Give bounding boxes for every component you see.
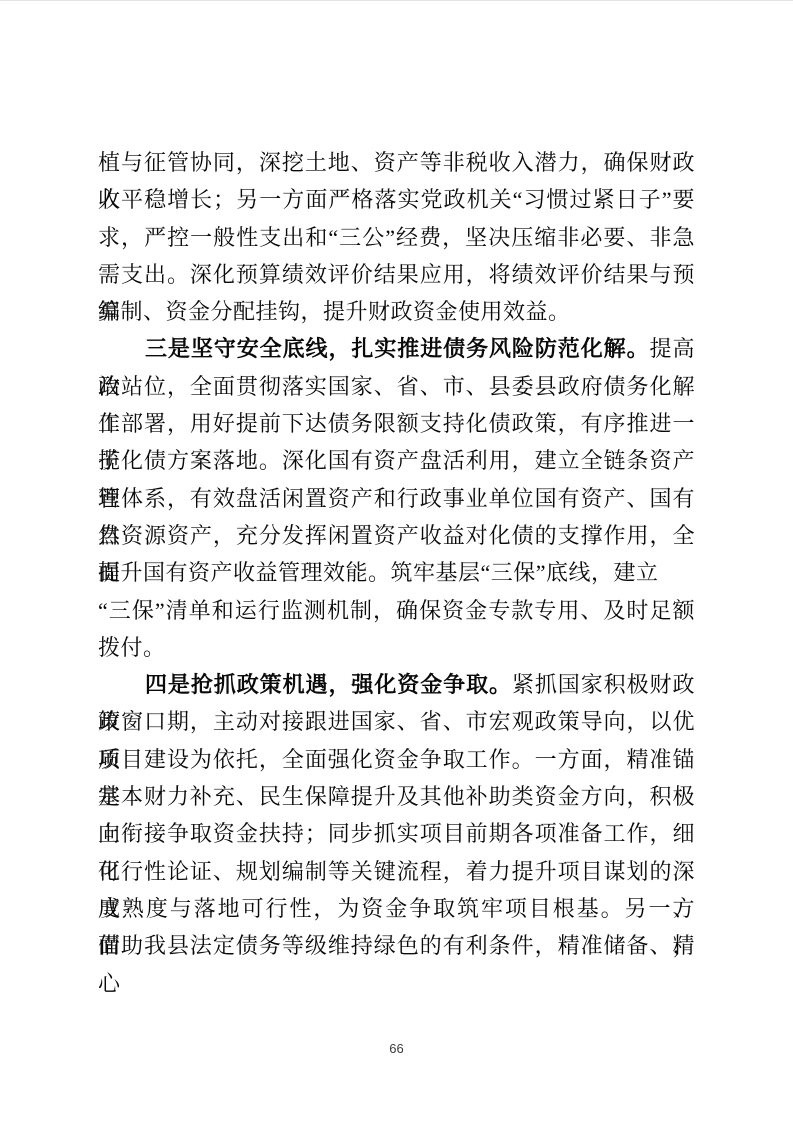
text-line: 上衔接争取资金扶持；同步抓实项目前期各项准备工作，细化: [98, 815, 695, 852]
page-number: 66: [0, 1041, 793, 1056]
text-line: 子化债方案落地。深化国有资产盘活利用，建立全链条资产管: [98, 442, 695, 479]
bold-lead: 四是抢抓政策机遇，强化资金争取。: [145, 672, 512, 697]
text-line: 作部署，用好提前下达债务限额支持化债政策，有序推进一揽: [98, 405, 695, 442]
text-line: 四是抢抓政策机遇，强化资金争取。紧抓国家积极财政政: [98, 666, 695, 703]
text-line: “三保”清单和运行监测机制，确保资金专款专用、及时足额: [98, 592, 695, 629]
text-line: 策窗口期，主动对接跟进国家、省、市宏观政策导向，以优质: [98, 703, 695, 740]
paragraph: 三是坚守安全底线，扎实推进债务风险防范化解。提高政 治站位，全面贯彻落实国家、省…: [98, 330, 695, 666]
text-line: 借助我县法定债务等级维持绿色的有利条件，精准储备、精心: [98, 927, 695, 964]
text-line: 理体系，有效盘活闲置资产和行政事业单位国有资产、国有自: [98, 480, 695, 517]
text-line: 三是坚守安全底线，扎实推进债务风险防范化解。提高政: [98, 330, 695, 367]
text-line: 可行性论证、规划编制等关键流程，着力提升项目谋划的深度、: [98, 853, 695, 890]
text-line: 需支出。深化预算绩效评价结果应用，将绩效评价结果与预算: [98, 256, 695, 293]
text-line: 求，严控一般性支出和“三公”经费，坚决压缩非必要、非急: [98, 219, 695, 256]
text-line: 拨付。: [98, 629, 695, 666]
text-line: 植与征管协同，深挖土地、资产等非税收入潜力，确保财政收: [98, 144, 695, 181]
bold-lead: 三是坚守安全底线，扎实推进债务风险防范化解。: [145, 336, 650, 361]
text-line: 治站位，全面贯彻落实国家、省、市、县委县政府债务化解工: [98, 368, 695, 405]
text-line: 项目建设为依托，全面强化资金争取工作。一方面，精准锚定: [98, 741, 695, 778]
paragraph: 四是抢抓政策机遇，强化资金争取。紧抓国家积极财政政 策窗口期，主动对接跟进国家、…: [98, 666, 695, 964]
text-line: 编制、资金分配挂钩，提升财政资金使用效益。: [98, 293, 695, 330]
text-line: 提升国有资产收益管理效能。筑牢基层“三保”底线，建立: [98, 554, 695, 591]
body-text: 植与征管协同，深挖土地、资产等非税收入潜力，确保财政收 入平稳增长；另一方面严格…: [98, 144, 695, 965]
text-line: 基本财力补充、民生保障提升及其他补助类资金方向，积极向: [98, 778, 695, 815]
document-page: 植与征管协同，深挖土地、资产等非税收入潜力，确保财政收 入平稳增长；另一方面严格…: [0, 0, 793, 1122]
text-line: 入平稳增长；另一方面严格落实党政机关“习惯过紧日子”要: [98, 181, 695, 218]
paragraph: 植与征管协同，深挖土地、资产等非税收入潜力，确保财政收 入平稳增长；另一方面严格…: [98, 144, 695, 330]
text-line: 成熟度与落地可行性，为资金争取筑牢项目根基。另一方面，: [98, 890, 695, 927]
text-line: 然资源资产，充分发挥闲置资产收益对化债的支撑作用，全面: [98, 517, 695, 554]
